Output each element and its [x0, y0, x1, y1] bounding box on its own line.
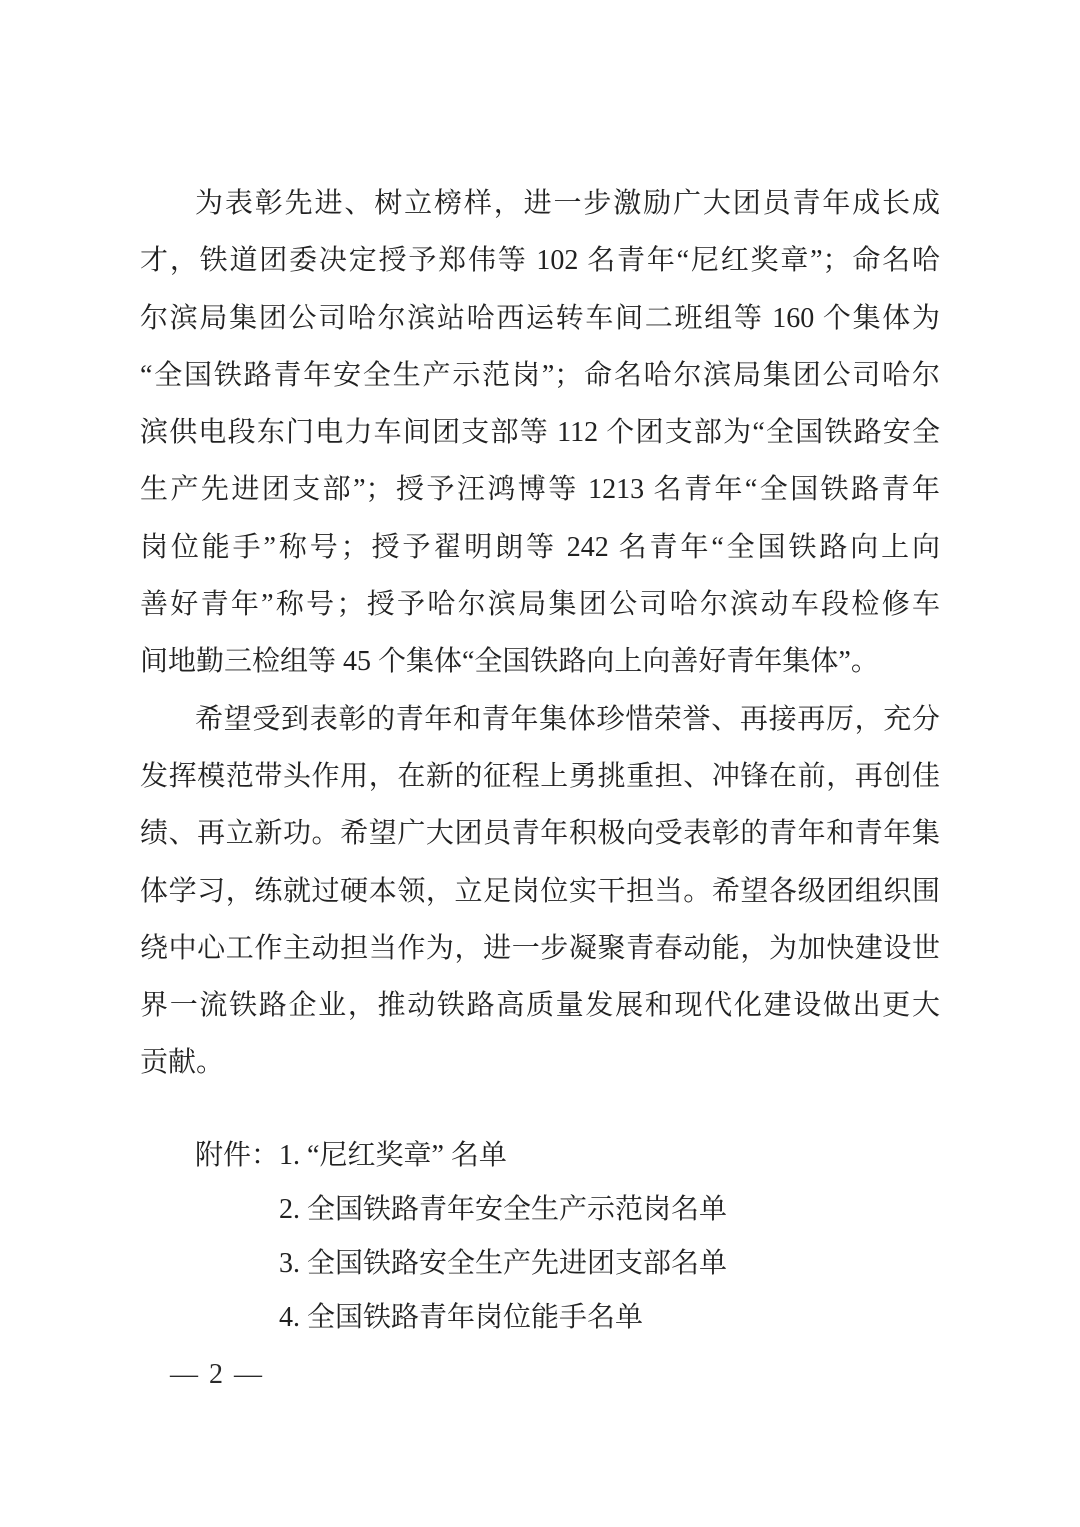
text-line: 界一流铁路企业，推动铁路高质量发展和现代化建设做出更大	[140, 977, 940, 1034]
text-line: 希望受到表彰的青年和青年集体珍惜荣誉、再接再厉，充分	[140, 691, 940, 748]
attachment-label: 附件：	[195, 1129, 279, 1183]
text-line: “全国铁路青年安全生产示范岗”；命名哈尔滨局集团公司哈尔	[140, 347, 940, 404]
attachment-item-text: 1. “尼红奖章” 名单	[279, 1140, 507, 1171]
text-line: 为表彰先进、树立榜样，进一步激励广大团员青年成长成	[140, 175, 940, 232]
attachment-item: 4. 全国铁路青年岗位能手名单	[279, 1291, 940, 1345]
text-line: 贡献。	[140, 1034, 940, 1091]
page-number: — 2 —	[170, 1353, 940, 1397]
text-line: 才，铁道团委决定授予郑伟等 102 名青年“尼红奖章”；命名哈	[140, 232, 940, 289]
text-line: 体学习，练就过硬本领，立足岗位实干担当。希望各级团组织围	[140, 863, 940, 920]
attachment-item: 2. 全国铁路青年安全生产示范岗名单	[279, 1183, 940, 1237]
text-line: 善好青年”称号；授予哈尔滨局集团公司哈尔滨动车段检修车	[140, 576, 940, 633]
text-line: 滨供电段东门电力车间团支部等 112 个团支部为“全国铁路安全	[140, 404, 940, 461]
document-page-body: 为表彰先进、树立榜样，进一步激励广大团员青年成长成 才，铁道团委决定授予郑伟等 …	[140, 0, 940, 1397]
text-line: 岗位能手”称号；授予翟明朗等 242 名青年“全国铁路向上向	[140, 519, 940, 576]
text-line: 绕中心工作主动担当作为，进一步凝聚青春动能，为加快建设世	[140, 920, 940, 977]
attachment-list: 附件：1. “尼红奖章” 名单 2. 全国铁路青年安全生产示范岗名单 3. 全国…	[140, 1129, 940, 1345]
text-line: 尔滨局集团公司哈尔滨站哈西运转车间二班组等 160 个集体为	[140, 290, 940, 347]
text-line: 绩、再立新功。希望广大团员青年积极向受表彰的青年和青年集	[140, 805, 940, 862]
attachment-item: 3. 全国铁路安全生产先进团支部名单	[279, 1237, 940, 1291]
paragraph-expectation: 希望受到表彰的青年和青年集体珍惜荣誉、再接再厉，充分 发挥模范带头作用，在新的征…	[140, 691, 940, 1092]
paragraph-commendation: 为表彰先进、树立榜样，进一步激励广大团员青年成长成 才，铁道团委决定授予郑伟等 …	[140, 175, 940, 691]
attachment-item: 附件：1. “尼红奖章” 名单	[195, 1129, 940, 1183]
text-line: 间地勤三检组等 45 个集体“全国铁路向上向善好青年集体”。	[140, 633, 940, 690]
text-line: 发挥模范带头作用，在新的征程上勇挑重担、冲锋在前，再创佳	[140, 748, 940, 805]
text-line: 生产先进团支部”；授予汪鸿博等 1213 名青年“全国铁路青年	[140, 461, 940, 518]
